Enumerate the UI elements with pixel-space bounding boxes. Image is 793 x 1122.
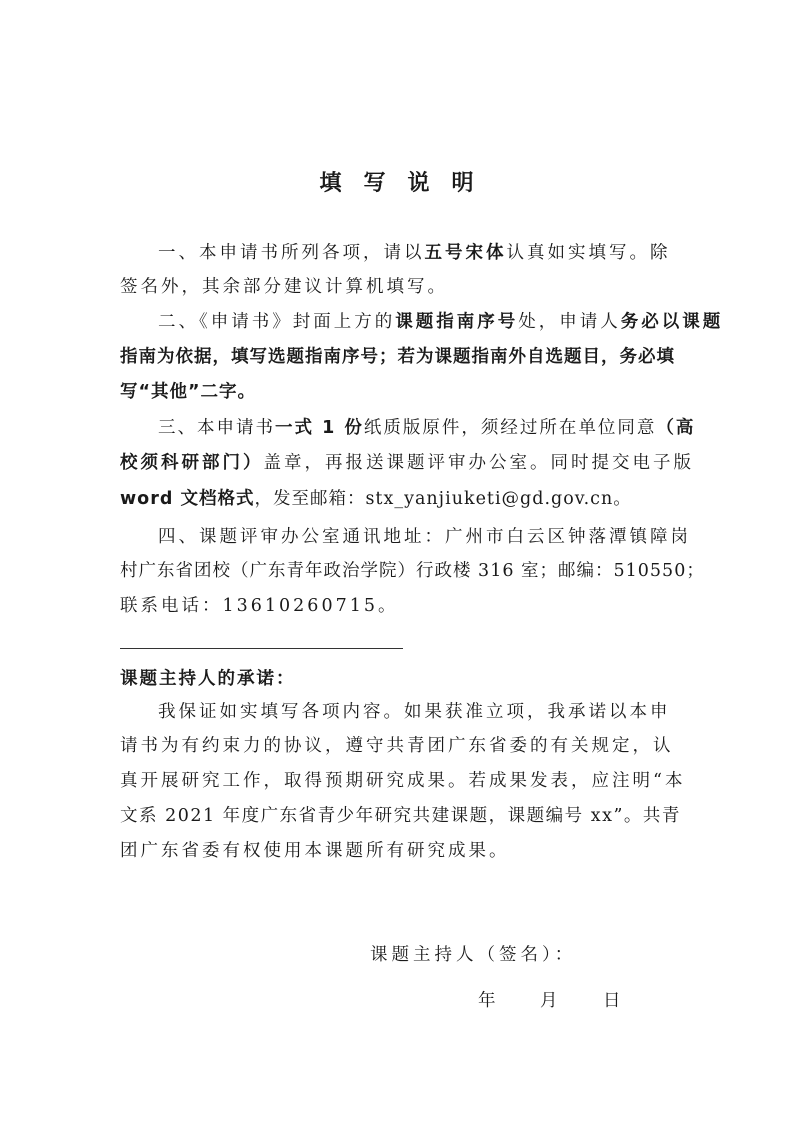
signature-label: 课题主持人（签名）： bbox=[370, 941, 576, 966]
divider bbox=[120, 648, 403, 649]
date-month: 月 bbox=[540, 987, 558, 1012]
instruction-2-line-2: 指南为依据，填写选题指南序号；若为课题指南外自选题目，务必填 bbox=[120, 345, 670, 369]
pledge-line-4: 文系 2021 年度广东省青少年研究共建课题，课题编号 xx”。共青 bbox=[120, 804, 670, 828]
instruction-2-line-3: 写“其他”二字。 bbox=[120, 380, 670, 404]
pledge-line-2: 请书为有约束力的协议，遵守共青团广东省委的有关规定，认 bbox=[120, 734, 670, 758]
instruction-2-line-1: 二、《申请书》封面上方的课题指南序号处，申请人务必以课题 bbox=[158, 310, 670, 334]
instruction-3-line-2: 校须科研部门）盖章，再报送课题评审办公室。同时提交电子版 bbox=[120, 451, 670, 475]
bold-text: 课题指南序号 bbox=[395, 312, 518, 332]
text: 二、《申请书》封面上方的 bbox=[158, 312, 395, 332]
instruction-4-line-1: 四、课题评审办公室通讯地址：广州市白云区钟落潭镇障岗 bbox=[158, 525, 670, 549]
instruction-3-line-3: word 文档格式，发至邮箱：stx_yanjiuketi@gd.gov.cn。 bbox=[120, 487, 670, 511]
bold-text: 校须科研部门） bbox=[120, 453, 264, 473]
pledge-line-3: 真开展研究工作，取得预期研究成果。若成果发表，应注明“本 bbox=[120, 769, 670, 793]
bold-text: word 文档格式 bbox=[120, 489, 254, 509]
instruction-4-line-3: 联系电话：13610260715。 bbox=[120, 594, 670, 618]
text: 纸质版原件，须经过所在单位同意 bbox=[364, 418, 657, 438]
date-year: 年 bbox=[478, 987, 496, 1012]
bold-text: 五号宋体 bbox=[425, 243, 507, 263]
instruction-3-line-1: 三、本申请书一式 1 份纸质版原件，须经过所在单位同意（高 bbox=[158, 416, 670, 440]
text: 认真如实填写。除 bbox=[507, 243, 671, 263]
text: 一、本申请书所列各项，请以 bbox=[158, 243, 425, 263]
pledge-line-1: 我保证如实填写各项内容。如果获准立项，我承诺以本申 bbox=[158, 700, 670, 724]
instruction-1-line-1: 一、本申请书所列各项，请以五号宋体认真如实填写。除 bbox=[158, 241, 670, 265]
email-text: ，发至邮箱：stx_yanjiuketi@gd.gov.cn。 bbox=[254, 489, 631, 509]
pledge-line-5: 团广东省委有权使用本课题所有研究成果。 bbox=[120, 839, 670, 863]
bold-text: （高 bbox=[656, 418, 695, 438]
text: 盖章，再报送课题评审办公室。同时提交电子版 bbox=[264, 453, 695, 473]
pledge-heading: 课题主持人的承诺： bbox=[120, 665, 296, 690]
bold-text: 一式 1 份 bbox=[275, 418, 364, 438]
instruction-4-line-2: 村广东省团校（广东青年政治学院）行政楼 316 室；邮编：510550； bbox=[120, 559, 670, 583]
date-day: 日 bbox=[603, 987, 621, 1012]
bold-text: 务必以课题 bbox=[621, 312, 724, 332]
text: 处，申请人 bbox=[518, 312, 621, 332]
text: 三、本申请书 bbox=[158, 418, 275, 438]
instruction-1-line-2: 签名外，其余部分建议计算机填写。 bbox=[120, 275, 670, 299]
page-title: 填写说明 bbox=[0, 166, 793, 197]
